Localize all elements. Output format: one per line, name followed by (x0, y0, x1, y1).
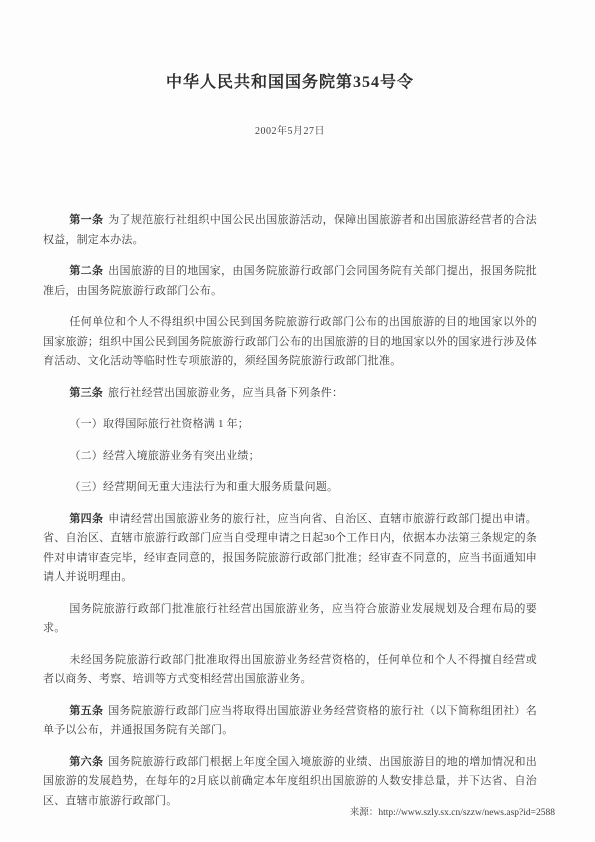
article-number: 第一条 (69, 214, 103, 226)
article-paragraph: 第二条出国旅游的目的地国家，由国务院旅游行政部门会同国务院有关部门提出，报国务院… (43, 262, 537, 301)
article-number: 第六条 (69, 756, 103, 768)
document-body: 第一条为了规范旅行社组织中国公民出国旅游活动，保障出国旅游者和出国旅游经营者的合… (43, 211, 537, 811)
document-page: 中华人民共和国国务院第354号令 2002年5月27日 第一条为了规范旅行社组织… (0, 0, 595, 842)
paragraph: 国务院旅游行政部门批准旅行社经营出国旅游业务，应当符合旅游业发展规划及合理布局的… (43, 600, 537, 639)
paragraph: （三）经营期间无重大违法行为和重大服务质量问题。 (43, 478, 537, 498)
article-paragraph: 第四条申请经营出国旅游业务的旅行社，应当向省、自治区、直辖市旅游行政部门提出申请… (43, 510, 537, 588)
article-number: 第二条 (69, 265, 103, 277)
document-date: 2002年5月27日 (43, 125, 537, 139)
source-line: 来源：http://www.szly.sx.cn/szzw/news.asp?i… (350, 807, 555, 820)
source-label: 来源： (350, 808, 379, 818)
article-paragraph: 第一条为了规范旅行社组织中国公民出国旅游活动，保障出国旅游者和出国旅游经营者的合… (43, 211, 537, 250)
article-number: 第三条 (69, 387, 103, 399)
article-paragraph: 第三条旅行社经营出国旅游业务，应当具备下列条件： (43, 384, 537, 404)
source-url: http://www.szly.sx.cn/szzw/news.asp?id=2… (378, 808, 555, 818)
document-title: 中华人民共和国国务院第354号令 (43, 72, 537, 94)
article-number: 第五条 (69, 705, 103, 717)
paragraph: 任何单位和个人不得组织中国公民到国务院旅游行政部门公布的出国旅游的目的地国家以外… (43, 313, 537, 372)
paragraph: 未经国务院旅游行政部门批准取得出国旅游业务经营资格的，任何单位和个人不得擅自经营… (43, 651, 537, 690)
paragraph: （二）经营入境旅游业务有突出业绩； (43, 447, 537, 467)
article-paragraph: 第六条国务院旅游行政部门根据上年度全国入境旅游的业绩、出国旅游目的地的增加情况和… (43, 753, 537, 812)
article-paragraph: 第五条国务院旅游行政部门应当将取得出国旅游业务经营资格的旅行社（以下简称组团社）… (43, 702, 537, 741)
paragraph: （一）取得国际旅行社资格满 1 年； (43, 415, 537, 435)
article-number: 第四条 (69, 513, 103, 525)
